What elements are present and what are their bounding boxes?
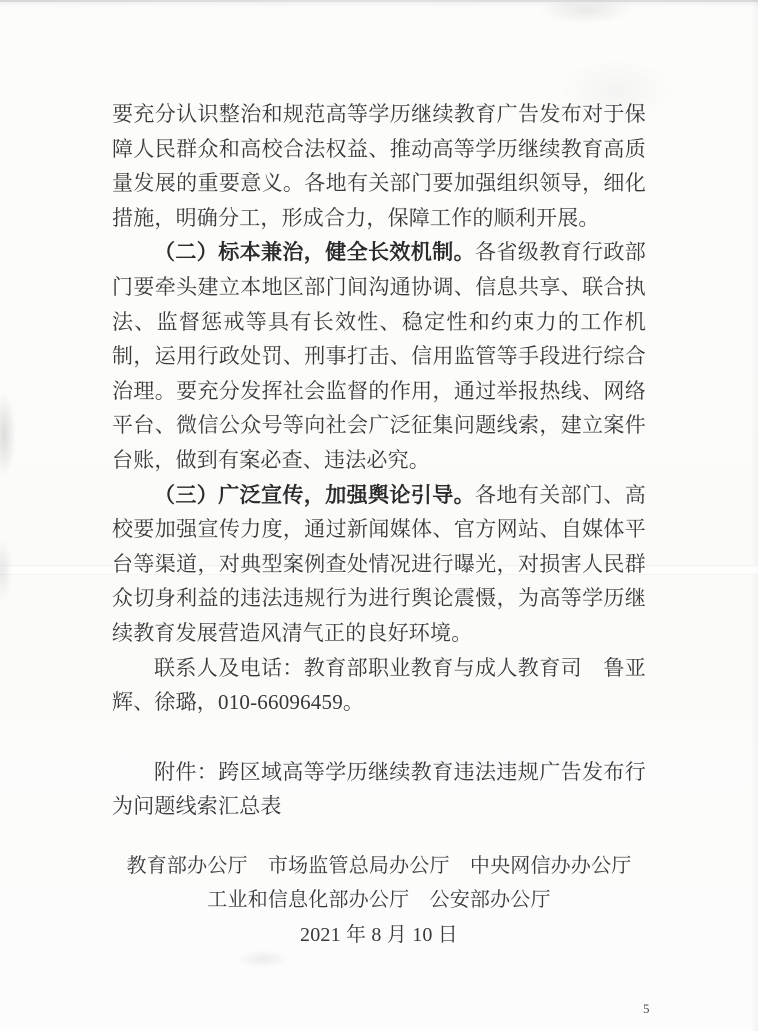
paragraph: 联系人及电话：教育部职业教育与成人教育司 鲁亚辉、徐璐，010-66096459…	[112, 651, 646, 720]
section-heading: （三）广泛宣传，加强舆论引导。	[154, 483, 475, 507]
scan-smudge	[0, 392, 16, 478]
scan-top-shadow	[0, 2, 758, 8]
paragraph: 要充分认识整治和规范高等学历继续教育广告发布对于保障人民群众和高校合法权益、推动…	[112, 97, 646, 235]
paragraph-text: 联系人及电话：教育部职业教育与成人教育司 鲁亚辉、徐璐，010-66096459…	[112, 656, 646, 715]
paragraph-text: 各省级教育行政部门要牵头建立本地区部门间沟通协调、信息共享、联合执法、监督惩戒等…	[112, 240, 646, 472]
scanned-page: 要充分认识整治和规范高等学历继续教育广告发布对于保障人民群众和高校合法权益、推动…	[0, 0, 758, 1031]
signature-date: 2021 年 8 月 10 日	[112, 918, 646, 953]
paragraph: （三）广泛宣传，加强舆论引导。各地有关部门、高校要加强宣传力度，通过新闻媒体、官…	[112, 478, 646, 651]
document-body: 要充分认识整治和规范高等学历继续教育广告发布对于保障人民群众和高校合法权益、推动…	[112, 97, 646, 953]
signature-line-1: 教育部办公厅 市场监管总局办公厅 中央网信办办公厅	[112, 849, 646, 884]
section-heading: （二）标本兼治，健全长效机制。	[154, 240, 475, 264]
page-number: 5	[643, 1001, 650, 1017]
body-paragraphs: 要充分认识整治和规范高等学历继续教育广告发布对于保障人民群众和高校合法权益、推动…	[112, 97, 646, 720]
paragraph-text: 要充分认识整治和规范高等学历继续教育广告发布对于保障人民群众和高校合法权益、推动…	[112, 102, 646, 230]
signature-block: 教育部办公厅 市场监管总局办公厅 中央网信办办公厅 工业和信息化部办公厅 公安部…	[112, 849, 646, 953]
scan-smudge	[236, 950, 290, 968]
paragraph: （二）标本兼治，健全长效机制。各省级教育行政部门要牵头建立本地区部门间沟通协调、…	[112, 235, 646, 477]
attachment-note: 附件：跨区域高等学历继续教育违法违规广告发布行为问题线索汇总表	[112, 755, 646, 824]
scan-right-edge	[751, 0, 758, 1031]
signature-line-2: 工业和信息化部办公厅 公安部办公厅	[112, 883, 646, 918]
